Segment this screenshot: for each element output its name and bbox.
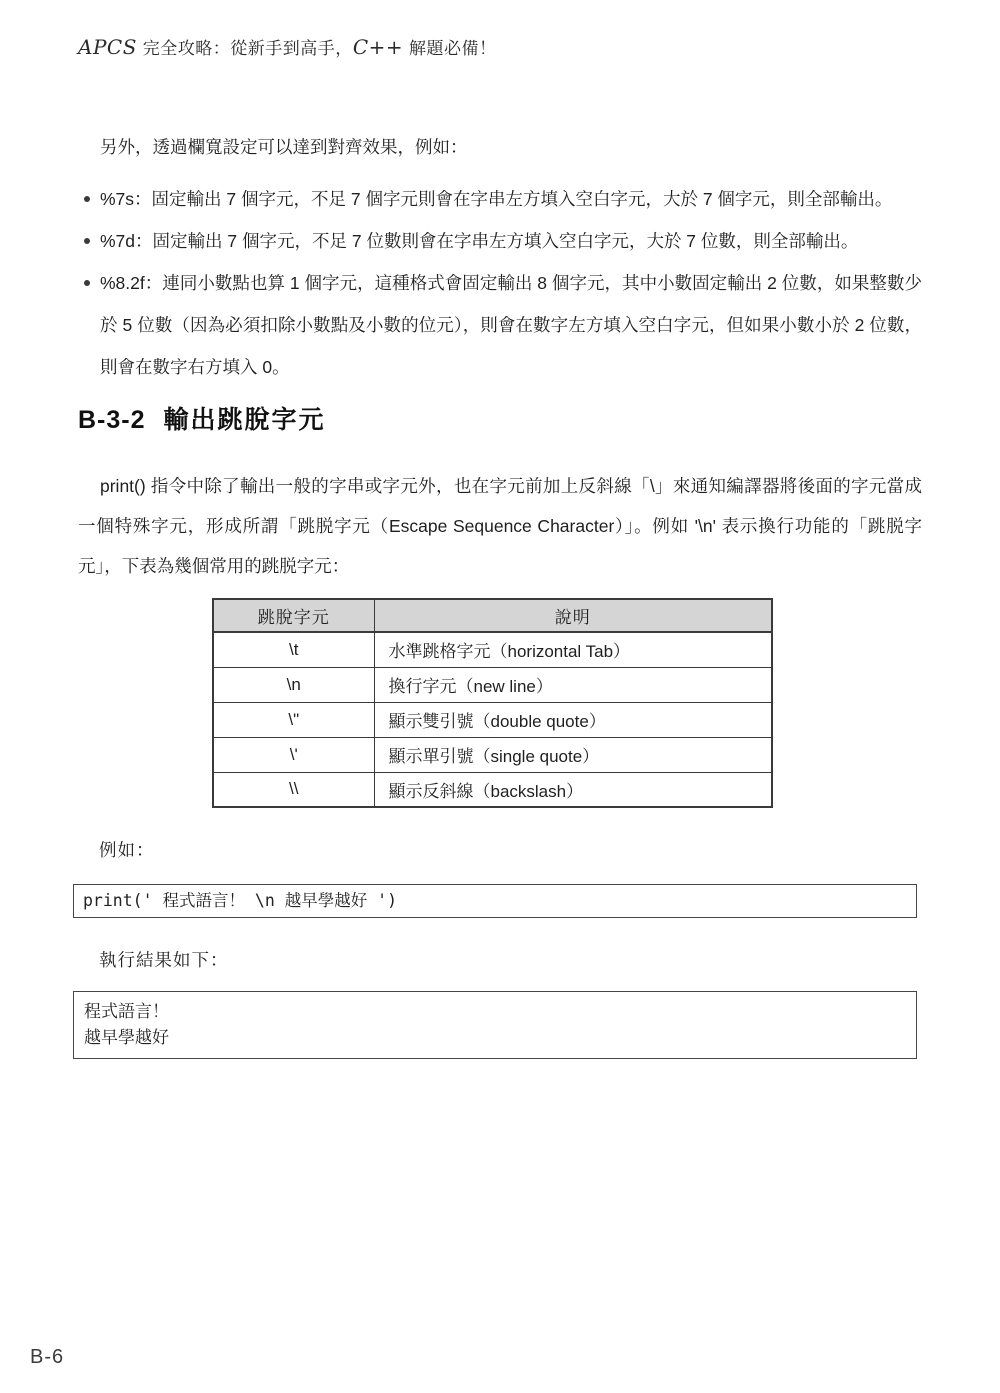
table-row: \' 顯示單引號（single quote）	[213, 737, 772, 772]
description-cell: 換行字元（new line）	[374, 667, 772, 702]
escape-table: 跳脫字元 說明 \t 水準跳格字元（horizontal Tab） \n 換行字…	[212, 598, 773, 808]
escape-char-cell: \n	[213, 667, 374, 702]
table-header-row: 跳脫字元 說明	[213, 599, 772, 632]
table-row: \n 換行字元（new line）	[213, 667, 772, 702]
bullet-icon	[84, 280, 90, 286]
table-row: \\ 顯示反斜線（backslash）	[213, 772, 772, 807]
example-label: 例如：	[78, 838, 922, 862]
section-title: 輸出跳脫字元	[164, 406, 326, 434]
section-number: B-3-2	[78, 406, 146, 434]
escape-char-cell: \\	[213, 772, 374, 807]
bullet-icon	[84, 238, 90, 244]
escape-char-cell: \'	[213, 737, 374, 772]
table-header-description: 說明	[374, 599, 772, 632]
page-content: 另外，透過欄寬設定可以達到對齊效果，例如： %7s：固定輸出 7 個字元，不足 …	[78, 0, 922, 1059]
bullet-term: %7s	[100, 189, 134, 209]
bullet-icon	[84, 196, 90, 202]
escape-paragraph: print() 指令中除了輸出一般的字串或字元外，也在字元前加上反斜線「\」來通…	[78, 466, 922, 586]
description-cell: 顯示反斜線（backslash）	[374, 772, 772, 807]
list-item: %7d：固定輸出 7 個字元，不足 7 位數則會在字串左方填入空白字元，大於 7…	[78, 220, 922, 262]
description-cell: 水準跳格字元（horizontal Tab）	[374, 632, 772, 667]
list-item: %7s：固定輸出 7 個字元，不足 7 個字元則會在字串左方填入空白字元，大於 …	[78, 178, 922, 220]
list-item: %8.2f：連同小數點也算 1 個字元，這種格式會固定輸出 8 個字元，其中小數…	[78, 262, 922, 388]
code-box: print(' 程式語言！ \n 越早學越好 ')	[73, 884, 917, 918]
bullet-text: ：固定輸出 7 個字元，不足 7 個字元則會在字串左方填入空白字元，大於 7 個…	[134, 189, 892, 209]
code-line: print(' 程式語言！ \n 越早學越好 ')	[83, 891, 397, 910]
book-page: APCS 完全攻略：從新手到高手，C++ 解題必備！ 另外，透過欄寬設定可以達到…	[0, 0, 1000, 1393]
output-line: 程式語言！	[84, 999, 906, 1025]
intro-paragraph: 另外，透過欄寬設定可以達到對齊效果，例如：	[78, 126, 922, 168]
description-cell: 顯示雙引號（double quote）	[374, 702, 772, 737]
escape-char-cell: \t	[213, 632, 374, 667]
escape-char-cell: \"	[213, 702, 374, 737]
table-row: \" 顯示雙引號（double quote）	[213, 702, 772, 737]
output-box: 程式語言！ 越早學越好	[73, 991, 917, 1059]
section-heading: B-3-2輸出跳脫字元	[78, 405, 922, 435]
output-line: 越早學越好	[84, 1025, 906, 1051]
format-bullet-list: %7s：固定輸出 7 個字元，不足 7 個字元則會在字串左方填入空白字元，大於 …	[78, 178, 922, 388]
table-header-escape-char: 跳脫字元	[213, 599, 374, 632]
page-number: B-6	[30, 1346, 64, 1369]
bullet-text: ：連同小數點也算 1 個字元，這種格式會固定輸出 8 個字元，其中小數固定輸出 …	[100, 273, 922, 377]
bullet-term: %8.2f	[100, 273, 145, 293]
description-cell: 顯示單引號（single quote）	[374, 737, 772, 772]
table-row: \t 水準跳格字元（horizontal Tab）	[213, 632, 772, 667]
result-label: 執行結果如下：	[78, 948, 922, 972]
bullet-term: %7d	[100, 231, 135, 251]
bullet-text: ：固定輸出 7 個字元，不足 7 位數則會在字串左方填入空白字元，大於 7 位數…	[135, 231, 858, 251]
